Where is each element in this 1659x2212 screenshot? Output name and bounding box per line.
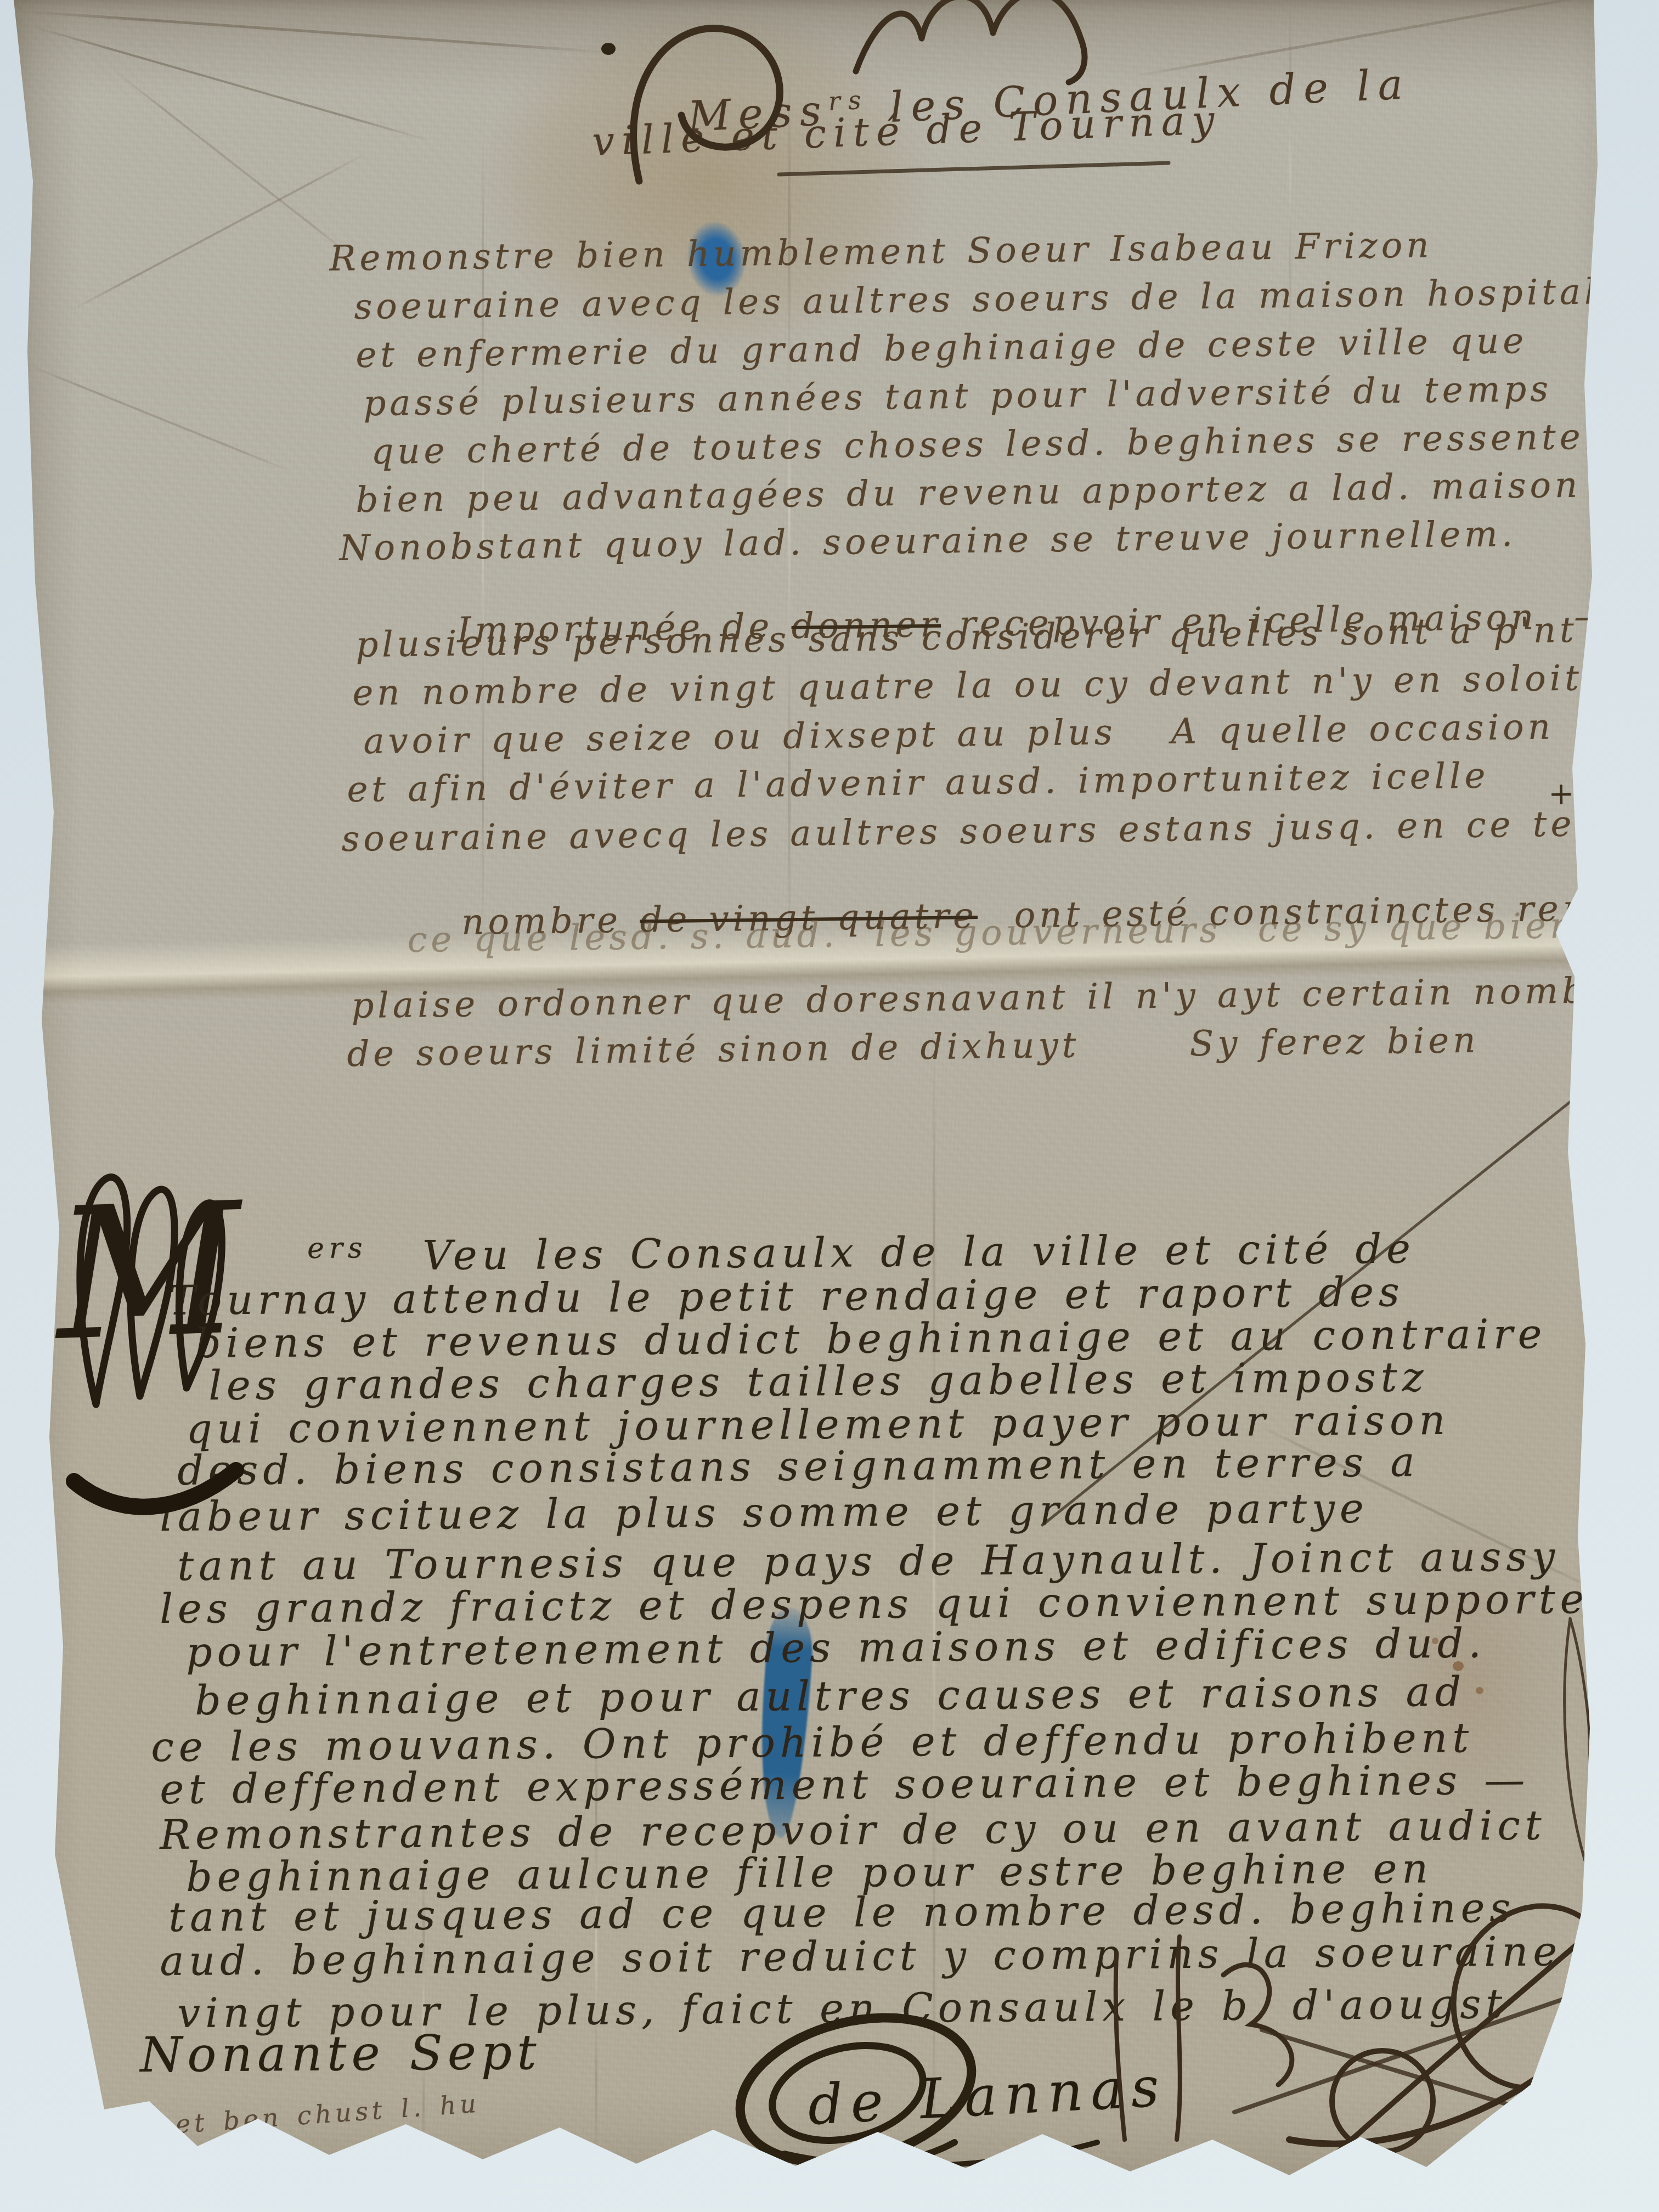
- crease-line: [12, 9, 614, 54]
- decree-line: beghinnaige et pour aultres causes et ra…: [195, 1672, 1466, 1721]
- signature-cross-stroke: [1262, 2030, 1624, 2140]
- paraph-tail-stroke: [763, 2142, 955, 2166]
- crease-line: [114, 70, 358, 261]
- stain-speck: [1607, 1832, 1616, 1840]
- decree-line: Veu les Consaulx de la ville et cité de: [422, 1228, 1415, 1276]
- margin-cross-mark: +L: [1548, 778, 1602, 810]
- petition-line: soeuraine avecq les aultres soeurs de la…: [354, 274, 1600, 325]
- decree-line: pour l'entretenement des maisons et edif…: [186, 1623, 1486, 1673]
- petition-line: Nonobstant quoy lad. soeuraine se treuve…: [339, 517, 1516, 566]
- crease-line: [26, 364, 292, 473]
- docket-note: bet ben chust l. hu: [155, 2091, 481, 2138]
- petition-line: de soeurs limité sinon de dixhuyt Sy fer…: [347, 1023, 1480, 1072]
- decree-date-line: Nonante Sept: [140, 2028, 541, 2079]
- petition-line: avoir que seize ou dixsept au plus A que…: [363, 709, 1554, 759]
- petition-line: bien peu advantagées du revenu apportez …: [356, 468, 1582, 518]
- signature-underline-stroke: [785, 2142, 1097, 2166]
- petition-line: et afin d'éviter a l'advenir ausd. impor…: [347, 759, 1489, 808]
- petition-line: Remonstre bien humblement Soeur Isabeau …: [329, 228, 1433, 276]
- crease-line: [30, 25, 431, 142]
- ink-speck: [601, 43, 616, 55]
- decree-initial-suffix: ers: [307, 1234, 368, 1263]
- petition-line: et enfermerie du grand beghinaige de ces…: [356, 324, 1527, 373]
- petition-line: plaise ordonner que doresnavant il n'y a…: [351, 973, 1634, 1024]
- signature-swirl-circle: [1332, 2051, 1433, 2152]
- stain-speck: [1476, 1687, 1483, 1694]
- signature: de Lannas: [806, 2059, 1168, 2133]
- crease-line: [69, 151, 370, 313]
- petition-line: que cherté de toutes choses lesd. beghin…: [371, 419, 1629, 470]
- petition-line: soeuraine avecq les aultres soeurs estan…: [341, 806, 1590, 857]
- right-margin-loop: [1589, 1646, 1609, 1882]
- photo-backdrop: Messrs les Consaulx de la ville et cité …: [0, 0, 1659, 2212]
- decree-line: desd. biens consistans seignamment en te…: [177, 1442, 1420, 1491]
- decree-line: labeur scituez la plus somme et grande p…: [160, 1488, 1369, 1537]
- manuscript-paper: Messrs les Consaulx de la ville et cité …: [0, 0, 1659, 2212]
- petition-line: passé plusieurs années tant pour l'adver…: [363, 372, 1553, 421]
- decree-line: aud. beghinnaige soit reduict y comprins…: [160, 1931, 1613, 1982]
- right-margin-loop: [1565, 1618, 1593, 1876]
- decree-line: et deffendent expressément soeuraine et …: [160, 1760, 1530, 1810]
